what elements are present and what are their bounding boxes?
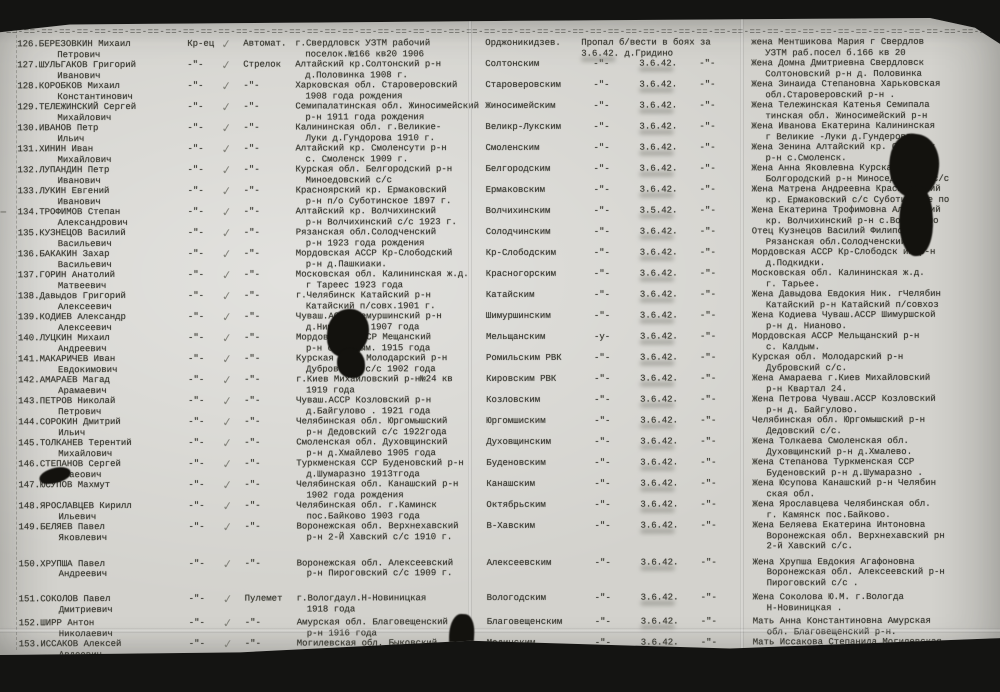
rank-cell: -"-: [186, 375, 222, 386]
date-cell: 3.6.42.: [641, 557, 697, 568]
rank-cell: -"-: [186, 480, 222, 491]
pencil-smudge: [640, 193, 674, 198]
district-cell: Солтонским: [485, 59, 581, 70]
casualty-list-table: 126.БЕРЕЗОВКИН МихаилПетровичКр-ец✓Автом…: [0, 37, 1000, 661]
family-cell: Жена Петрова Чуваш.АССР Козловскийр-н д.…: [752, 394, 988, 416]
address-cell: Алтайский кр. Волчихинскийр-н Волчихинск…: [296, 206, 486, 227]
status-ditto-cell: -"-: [582, 185, 640, 196]
address-line: Воронежская обл. Алексеевский: [297, 558, 487, 569]
status-ditto-cell: -"-: [581, 122, 639, 133]
family-line: Жена Хрупша Евдокия Агафоновна: [753, 556, 989, 567]
address-line: Миноедовский с/с: [296, 175, 486, 186]
record-surname-line: 142.АМАРАЕВ Магад: [18, 375, 186, 386]
family-line: жена Ментшикова Мария г Свердлов: [751, 37, 987, 48]
date-cell: 3.6.42.: [639, 58, 695, 69]
pencil-dash-mark: —: [1, 207, 6, 218]
pencil-smudge: [641, 601, 675, 606]
family-cell: Жена Давыдова Евдокия Ник. гЧелябинКатай…: [752, 289, 988, 311]
date-cell: 3.6.42.: [640, 184, 696, 195]
record-patronymic-line: Алексеевич: [18, 301, 186, 312]
table-row: 143.ПЕТРОВ НиколайПетрович-"-✓-"-Чуваш.А…: [18, 394, 1000, 418]
family-cell: Челябинская обл. Юргомышский р-нДедовски…: [752, 415, 988, 437]
family-line: Жена Зинаида Степановна Харьковская: [751, 79, 987, 90]
address-cell: Челябинская обл. Юргомышскийр-н Дедовски…: [296, 416, 486, 437]
place-ditto-cell: -"-: [697, 592, 753, 603]
status-ditto-cell: -"-: [582, 395, 640, 406]
table-row: 139.КОДИЕВ АлександрАлексеевич-"-✓-"-Чув…: [18, 310, 1000, 334]
district-cell: Ромильским РВК: [486, 353, 582, 364]
table-row: 130.ИВАНОВ ПетрИльич-"-✓-"-Калининская о…: [17, 121, 999, 145]
record-patronymic-line: Васильевич: [18, 238, 186, 249]
status-ditto-cell: -у-: [582, 332, 640, 343]
specialty-cell: Стрелок: [239, 60, 295, 71]
table-row: 137.ГОРИН АнатолийМатвеевич-"-✓-"-Москов…: [18, 268, 1000, 292]
check-mark-icon: ✓: [222, 593, 241, 606]
district-cell: Канашским: [486, 479, 582, 490]
district-cell: Волчихинским: [486, 206, 582, 217]
address-cell: Челябинская обл. Канашский р-н1902 года …: [296, 479, 486, 500]
specialty-cell: -"-: [240, 333, 296, 344]
date-cell: 3.6.42.: [640, 415, 696, 426]
address-line: Курская обл. Молодарский р-н: [296, 353, 486, 364]
family-cell: Жена Юсупова Канашский р-н Челябинская о…: [752, 478, 988, 500]
address-cell: Чуваш.АССР Шемуршинский р-нд.Ниманово. 1…: [296, 311, 486, 332]
rank-cell: -"-: [186, 501, 222, 512]
fold-crease: [0, 628, 1000, 633]
pencil-smudge: [640, 445, 674, 450]
family-cell: Жена Кодиева Чуваш.АССР Шимуршскойр-н д.…: [752, 310, 988, 332]
status-ditto-cell: -"-: [582, 416, 640, 427]
address-cell: г.Свердловск УЗТМ рабочийпоселок.№166 кв…: [295, 38, 485, 59]
address-line: Н-Тощенкий с/с 1922 года: [297, 649, 487, 660]
table-row: 153.ИССАКОВ АлексейАвдеевич-"-✓-"-Могиле…: [19, 637, 1000, 661]
district-cell: Солодчинским: [486, 227, 582, 238]
district-cell: В-Хавским: [486, 521, 582, 532]
rank-cell: -"-: [186, 270, 222, 281]
address-cell: Калининская обл. г.Великие-Луки д.Гундор…: [295, 122, 485, 143]
specialty-cell: -"-: [240, 291, 296, 302]
family-cell: Жена Матрена Андреевна Красноярскийкр. Е…: [752, 184, 988, 206]
record-patronymic-line: Алексеевич: [18, 322, 186, 333]
address-cell: Московская обл. Калининская ж.д.г Тареес…: [296, 269, 486, 290]
fold-crease: [468, 18, 472, 664]
family-line: Жена Иванова Екатерина Калининская: [751, 121, 987, 132]
record-number-name: 150.ХРУПША ПавелАндреевич: [19, 558, 187, 579]
pencil-smudge: [640, 382, 674, 387]
address-line: Челябинская обл. Юргомышский: [296, 416, 486, 427]
status-ditto-cell: -"-: [582, 458, 640, 469]
family-cell: Мать Анна Константиновна Амурскаяобл. Бл…: [753, 616, 989, 638]
ink-blot: [337, 348, 365, 378]
place-ditto-cell: -"-: [697, 616, 753, 627]
specialty-cell: -"-: [240, 396, 296, 407]
district-cell: Шимуршинским: [486, 311, 582, 322]
address-line: Алтайский кр. Смоленсути р-н: [295, 143, 485, 154]
address-cell: Алтайский кр. Смоленсути р-нс. Смоленск …: [295, 143, 485, 164]
family-cell: Жена Зенина Алтайский кр. Смоленскр-н с.…: [751, 142, 987, 164]
specialty-cell: -"-: [240, 186, 296, 197]
family-line: Жена Домна Дмитриевна Свердловск: [751, 58, 987, 69]
record-patronymic-line: Арамаевич: [18, 385, 186, 396]
district-cell: Юргомшиским: [486, 416, 582, 427]
family-line: Жена Екатерина Трофимовна Алтайский: [752, 205, 988, 216]
record-number-name: 131.ХИНИН ИванМихайлович: [17, 144, 185, 165]
address-line: р-н с.Калдым. 1915 года: [296, 343, 486, 354]
record-number-name: 139.КОДИЕВ АлександрАлексеевич: [18, 312, 186, 333]
status-ditto-cell: -"-: [582, 206, 640, 217]
address-line: г.Свердловск УЗТМ рабочий: [295, 38, 485, 49]
check-mark-icon: ✓: [222, 557, 241, 570]
specialty-cell: -"-: [240, 249, 296, 260]
record-patronymic-line: Дмитриевич: [19, 604, 187, 615]
family-line: Жена Беляева Екатерина Интоновна: [752, 520, 988, 531]
address-line: Смоленская обл. Духовщинский: [296, 437, 486, 448]
address-line: р-н Пироговский с/с 1909 г.: [297, 568, 487, 579]
family-cell: Мордовская АССР Мельщанский р-нс. Калдым…: [752, 331, 988, 353]
record-patronymic-line: Александрович: [18, 217, 186, 228]
district-cell: Орджоникидзев.: [485, 38, 581, 49]
place-ditto-cell: -"-: [696, 520, 752, 531]
specialty-cell: -"-: [240, 480, 296, 491]
check-mark-icon: ✓: [221, 122, 240, 135]
family-line: Буденовский р-н д.Шумаразно .: [752, 467, 988, 478]
family-line: Рязанская обл.Солодченский р-н: [752, 236, 988, 247]
date-cell: 3.6.42.: [640, 331, 696, 342]
record-patronymic-line: Михайлович: [17, 154, 185, 165]
record-patronymic-line: Авдеевич: [19, 649, 187, 660]
family-line: УЗТМ раб.посел б.166 кв 20: [751, 47, 987, 58]
check-mark-icon: ✓: [222, 395, 241, 408]
specialty-cell: -"-: [241, 558, 297, 569]
record-surname-line: 146.СТЕПАНОВ Сергей: [18, 459, 186, 470]
specialty-cell: -"-: [239, 102, 295, 113]
family-line: Жена Кодиева Чуваш.АССР Шимуршской: [752, 310, 988, 321]
record-number-name: 138.Давыдов ГригорийАлексеевич: [18, 291, 186, 312]
pencil-smudge: [639, 67, 673, 72]
address-line: с. Смоленск 1909 г.: [295, 154, 485, 165]
specialty-cell: -"-: [240, 459, 296, 470]
table-row: 149.БЕЛЯЕВ ПавелЯковлевич-"-✓-"-Воронежс…: [18, 520, 1000, 554]
record-surname-line: 138.Давыдов Григорий: [18, 291, 186, 302]
district-cell: Алексеевским: [487, 557, 583, 568]
record-patronymic-line: Михайлович: [18, 448, 186, 459]
rank-cell: -"-: [185, 60, 221, 71]
record-surname-line: 139.КОДИЕВ Александр: [18, 312, 186, 323]
table-row: 138.Давыдов ГригорийАлексеевич-"-✓-"-г.Ч…: [18, 289, 1000, 313]
record-surname-line: 131.ХИНИН Иван: [17, 144, 185, 155]
address-cell: Туркменская ССР Буденовский р-нд.Шумараз…: [296, 458, 486, 479]
check-mark-icon: ✓: [222, 416, 241, 429]
record-number-name: 128.КОРОБКОВ МихаилКонстантинович: [17, 81, 185, 102]
family-line: Жена Толкаева Смоленская обл.: [752, 436, 988, 447]
family-line: ская обл.: [752, 488, 988, 499]
address-line: 1919 года: [296, 385, 486, 396]
address-cell: Воронежская обл. Алексеевскийр-н Пирогов…: [297, 558, 487, 579]
address-line: г Тареес 1923 года: [296, 280, 486, 291]
record-number-name: 129.ТЕЛЕЖИНСКИЙ СергейМихайлович: [17, 102, 185, 123]
address-cell: Курская обл. Белгородский р-нМиноедовски…: [296, 164, 486, 185]
record-patronymic-line: Ильич: [17, 133, 185, 144]
rank-cell: Кр-ец: [185, 39, 221, 50]
address-line: Чуваш.АССР Козловский р-н: [296, 395, 486, 406]
family-line: Жена Юсупова Канашский р-н Челябин: [752, 478, 988, 489]
address-line: Харковская обл. Староверовский: [295, 80, 485, 91]
specialty-cell: -"-: [240, 354, 296, 365]
record-surname-line: 134.ТРОФИМОВ Степан—: [18, 207, 186, 218]
specialty-cell: -"-: [239, 81, 295, 92]
record-patronymic-line: Ильич: [18, 427, 186, 438]
family-line: Жена Давыдова Евдокия Ник. гЧелябин: [752, 289, 988, 300]
address-cell: Мордовская АССР Мещанскийр-н с.Калдым. 1…: [296, 332, 486, 353]
status-ditto-cell: -"-: [583, 557, 641, 568]
table-row: 128.КОРОБКОВ МихаилКонстантинович-"-✓-"-…: [17, 79, 999, 103]
date-cell: 3.6.42.: [640, 478, 696, 489]
record-number-name: 144.СОРОКИН ДмитрийИльич: [18, 417, 186, 438]
address-line: р-н Волчихинский с/с 1923 г.: [296, 217, 486, 228]
district-cell: Ермаковским: [486, 185, 582, 196]
check-mark-icon: ✓: [221, 332, 240, 345]
family-cell: Жена Зинаида Степановна Харьковскаяобл.С…: [751, 79, 987, 101]
district-cell: Кировским РВК: [486, 374, 582, 385]
date-cell: 3.6.42.: [639, 79, 695, 90]
address-cell: г.Вологдаул.Н-Новиницкая1918 года: [297, 593, 487, 614]
check-mark-icon: ✓: [222, 458, 241, 471]
family-line: Н-Новиницкая .: [753, 602, 989, 613]
pencil-smudge: [640, 529, 674, 534]
record-patronymic-line: Яковлевич: [18, 532, 186, 543]
address-line: р-н д.Хмайлево 1905 года: [296, 448, 486, 459]
record-surname-line: 137.ГОРИН Анатолий: [18, 270, 186, 281]
status-ditto-cell: -"-: [582, 521, 640, 532]
rank-cell: -"-: [185, 81, 221, 92]
table-row: 135.КУЗНЕЦОВ ВасилийВасильевич-"-✓-"-Ряз…: [18, 226, 1000, 250]
pencil-smudge: [640, 340, 674, 345]
record-number-name: 145.ТОЛКАНЕВ ТерентийМихайлович: [18, 438, 186, 459]
record-patronymic-line: Иванович: [17, 70, 185, 81]
record-number-name: 142.АМАРАЕВ МагадАрамаевич: [18, 375, 186, 396]
record-surname-line: 127.ШУЛЬГАКОВ Григорий: [17, 60, 185, 71]
check-mark-icon: ✓: [221, 101, 240, 114]
record-surname-line: 135.КУЗНЕЦОВ Василий: [18, 228, 186, 239]
family-line: Воронежская обл. Верхнехавский рн: [752, 530, 988, 541]
status-ditto-cell: -"-: [582, 290, 640, 301]
family-line: тинская обл. Жиносимейский р-н: [751, 110, 987, 121]
check-mark-icon: ✓: [222, 638, 241, 651]
family-line: Духовщинский р-н д.Хмалево.: [752, 446, 988, 457]
address-line: Дубровский с/с 1902 года: [296, 364, 486, 375]
address-cell: Чуваш.АССР Козловский р-нд.Байгулово . 1…: [296, 395, 486, 416]
family-cell: Жена Соколова Ю.М. г.ВологдаН-Новиницкая…: [753, 592, 989, 614]
status-ditto-cell: -"-: [583, 638, 641, 649]
district-cell: Козловским: [486, 395, 582, 406]
record-surname-line: 143.ПЕТРОВ Николай: [18, 396, 186, 407]
record-number-name: 127.ШУЛЬГАКОВ ГригорийИванович: [17, 60, 185, 81]
status-ditto-cell: -"-: [582, 479, 640, 490]
status-line: Пропал б/вести в боях за: [581, 37, 751, 48]
place-ditto-cell: -"-: [696, 499, 752, 510]
record-surname-line: 128.КОРОБКОВ Михаил: [17, 81, 185, 92]
address-line: пос.Байково 1903 года: [296, 511, 486, 522]
address-line: р-н 2-Й Хавский с/с 1910 г.: [296, 532, 486, 543]
family-line: Пироговский с/с .: [753, 577, 989, 588]
record-surname-line: 153.ИССАКОВ Алексей: [19, 639, 187, 650]
date-cell: 3.6.42.: [641, 592, 697, 603]
address-cell: Мордовская АССР Кр-Слободскийр-н д.Пашки…: [296, 248, 486, 269]
address-line: р-н д.Пашкиаки.: [296, 259, 486, 270]
family-cell: Жена Ярославцева Челябинская обл.г. Камя…: [752, 499, 988, 521]
family-line: Дубровский с/с.: [752, 362, 988, 373]
record-number-name: 130.ИВАНОВ ПетрИльич: [17, 123, 185, 144]
status-ditto-cell: -"-: [582, 311, 640, 322]
date-cell: 3.6.42.: [640, 163, 696, 174]
family-cell: Жена Тележинская Катенья Семипалатинская…: [751, 100, 987, 122]
family-line: обл.Староверовский р-н .: [751, 89, 987, 100]
family-line: Дедовский с/с.: [752, 425, 988, 436]
address-cell: Воронежская обл. Верхнехавскийр-н 2-Й Ха…: [296, 521, 486, 542]
district-cell: Староверовским: [485, 80, 581, 91]
address-line: Рязанская обл.Солодченский: [296, 227, 486, 238]
table-row: 150.ХРУПША ПавелАндреевич-"-✓-"-Воронежс…: [19, 556, 1000, 590]
table-row: 147.ЮСУПОВ Махмут-"-✓-"-Челябинская обл.…: [18, 478, 1000, 502]
family-line: Мать Анна Константиновна Амурская: [753, 616, 989, 627]
address-line: г.Челябинск Катайский р-н: [296, 290, 486, 301]
family-line: Мать Иссакова Степанида Могилевская: [753, 637, 989, 648]
record-number-name: 143.ПЕТРОВ НиколайПетрович: [18, 396, 186, 417]
family-line: Катайский р-н Катайский п/совхоз: [752, 299, 988, 310]
table-row: 126.БЕРЕЗОВКИН МихаилПетровичКр-ец✓Автом…: [17, 37, 999, 61]
family-cell: жена Ментшикова Мария г СвердловУЗТМ раб…: [751, 37, 987, 59]
address-cell: Харковская обл. Староверовский1908 года …: [295, 80, 485, 101]
district-cell: Мельщанским: [486, 332, 582, 343]
record-patronymic-line: Иванович: [18, 175, 186, 186]
address-cell: Курская обл. Молодарский р-нДубровский с…: [296, 353, 486, 374]
date-cell: 3.6.42.: [639, 100, 695, 111]
record-surname-line: 148.ЯРОСЛАВЦЕВ Кирилл: [18, 501, 186, 512]
record-surname-line: 145.ТОЛКАНЕВ Терентий: [18, 438, 186, 449]
record-surname-line: 126.БЕРЕЗОВКИН Михаил: [17, 39, 185, 50]
address-cell: Алтайский кр.Солтонский р-нд.Половинка 1…: [295, 59, 485, 80]
rank-cell: -"-: [186, 228, 222, 239]
check-mark-icon: ✓: [221, 143, 240, 156]
family-line: д.Подкидки.: [752, 257, 988, 268]
check-mark-icon: ✓: [221, 164, 240, 177]
family-line: Жена Соколова Ю.М. г.Вологда: [753, 592, 989, 603]
record-patronymic-line: Иванович: [18, 196, 186, 207]
rank-cell: -"-: [185, 123, 221, 134]
date-cell: 3.6.42.: [640, 436, 696, 447]
record-surname-line: 149.БЕЛЯЕВ Павел: [18, 522, 186, 533]
record-number-name: 134.ТРОФИМОВ Степан—Александрович: [18, 207, 186, 228]
address-line: 1902 года рождения: [296, 490, 486, 501]
family-line: кр. Ермаковский с/с Суботинское по: [752, 194, 988, 205]
family-line: Воронежская обл. Алексеевский р-н: [753, 567, 989, 578]
record-surname-line: 132.ЛУПАНДИН Петр: [18, 165, 186, 176]
family-cell: Жена Степанова Туркменская ССРБуденовски…: [752, 457, 988, 479]
address-cell: г.Киев Михайловский р-н№24 кв1919 года: [296, 374, 486, 395]
specialty-cell: -"-: [239, 123, 295, 134]
check-mark-icon: ✓: [221, 269, 240, 282]
table-row: 146.СТЕПАНОВ СергейИваеович-"-✓-"-Туркме…: [18, 457, 1000, 481]
family-line: Жена Ярославцева Челябинская обл.: [752, 499, 988, 510]
record-number-name: 132.ЛУПАНДИН ПетрИванович: [18, 165, 186, 186]
paper-sheet: ==-==-==-==-==-==-==-==-==-==-==-==-==-=…: [0, 18, 1000, 664]
family-line: Челябинская обл. Юргомышский р-н: [752, 415, 988, 426]
record-patronymic-line: Андреевич: [18, 343, 186, 354]
date-cell: 3.6.42.: [640, 226, 696, 237]
address-line: Мордовская АССР Мещанский: [296, 332, 486, 343]
family-line: Болгородский р-н Миноседовский с/с: [752, 173, 988, 184]
specialty-cell: -"-: [240, 438, 296, 449]
pencil-smudge: [639, 130, 673, 135]
rank-cell: -"-: [186, 186, 222, 197]
date-cell: 3.6.42.: [640, 394, 696, 405]
record-number-name: 153.ИССАКОВ АлексейАвдеевич: [19, 639, 187, 660]
status-ditto-cell: -"-: [582, 248, 640, 259]
family-cell: Жена Амараева г.Киев Михайловскийр-н Ква…: [752, 373, 988, 395]
family-cell: Мордовская АССР Кр-Слободск ий р-нд.Подк…: [752, 247, 988, 269]
rank-cell: -"-: [185, 102, 221, 113]
family-line: г. Тарьее.: [752, 278, 988, 289]
family-line: р-н д. Нианово.: [752, 320, 988, 331]
pencil-smudge: [581, 56, 615, 61]
record-patronymic-line: Васильевич: [18, 259, 186, 270]
family-line: Жена Амараева г.Киев Михайловский: [752, 373, 988, 384]
table-row: 145.ТОЛКАНЕВ ТерентийМихайлович-"-✓-"-См…: [18, 436, 1000, 460]
table-row: 134.ТРОФИМОВ Степан—Александрович-"-✓-"-…: [18, 205, 1000, 229]
status-ditto-cell: -"-: [581, 143, 639, 154]
check-mark-icon: ✓: [221, 248, 240, 261]
record-surname-line: 133.ЛУКИН Евгений: [18, 186, 186, 197]
check-mark-icon: ✓: [221, 227, 240, 240]
address-line: г.Киев Михайловский р-н№24 кв: [296, 374, 486, 385]
address-cell: Рязанская обл.Солодченскийр-н 1923 года …: [296, 227, 486, 248]
family-line: с. Калдым.: [752, 341, 988, 352]
family-line: р-н Квартал 24.: [752, 383, 988, 394]
table-row: 136.БАКАКИН ЗахарВасильевич-"-✓-"-Мордов…: [18, 247, 1000, 271]
check-mark-icon: ✓: [221, 353, 240, 366]
address-line: Калининская обл. г.Великие-: [295, 122, 485, 133]
record-number-name: 133.ЛУКИН ЕвгенийИванович: [18, 186, 186, 207]
pencil-smudge: [640, 277, 674, 282]
address-line: р-н п/о Суботинское 1897 г.: [296, 196, 486, 207]
check-mark-icon: ✓: [222, 500, 241, 513]
pencil-smudge: [640, 298, 674, 303]
district-cell: Благовещенским: [487, 617, 583, 628]
family-cell: Жена Анна Яковлевна Курская обл.Болгород…: [752, 163, 988, 185]
district-cell: Мединским: [487, 638, 583, 649]
family-cell: Мать Иссакова Степанида Могилевскаяобл. …: [753, 637, 989, 659]
address-cell: Смоленская обл. Духовщинскийр-н д.Хмайле…: [296, 437, 486, 458]
pencil-smudge: [640, 487, 674, 492]
address-line: д.Байгулово . 1921 года: [296, 406, 486, 417]
rank-cell: -"-: [186, 291, 222, 302]
pencil-smudge: [640, 361, 674, 366]
status-ditto-cell: -"-: [582, 374, 640, 385]
record-number-name: 140.ЛУЦКИН МихаилАндреевич: [18, 333, 186, 354]
rank-cell: -"-: [186, 165, 222, 176]
specialty-cell: Пулемет: [241, 594, 297, 605]
family-cell: Отец Кузнецов Василий ФилиповичРязанская…: [752, 226, 988, 248]
family-line: Жена Зенина Алтайский кр. Смоленск: [751, 142, 987, 153]
record-number-name: 141.МАКАРИЧЕВ ИванЕвдокимович: [18, 354, 186, 375]
table-row: 140.ЛУЦКИН МихаилАндреевич-"-✓-"-Мордовс…: [18, 331, 1000, 355]
address-line: Катайский п/совх.1901 г.: [296, 301, 486, 312]
rank-cell: -"-: [186, 459, 222, 470]
family-line: Мордовская АССР Мельщанский р-н: [752, 331, 988, 342]
address-line: Алтайский кр.Солтонский р-н: [295, 59, 485, 70]
record-patronymic-line: Андреевич: [19, 569, 187, 580]
check-mark-icon: ✓: [221, 80, 240, 93]
